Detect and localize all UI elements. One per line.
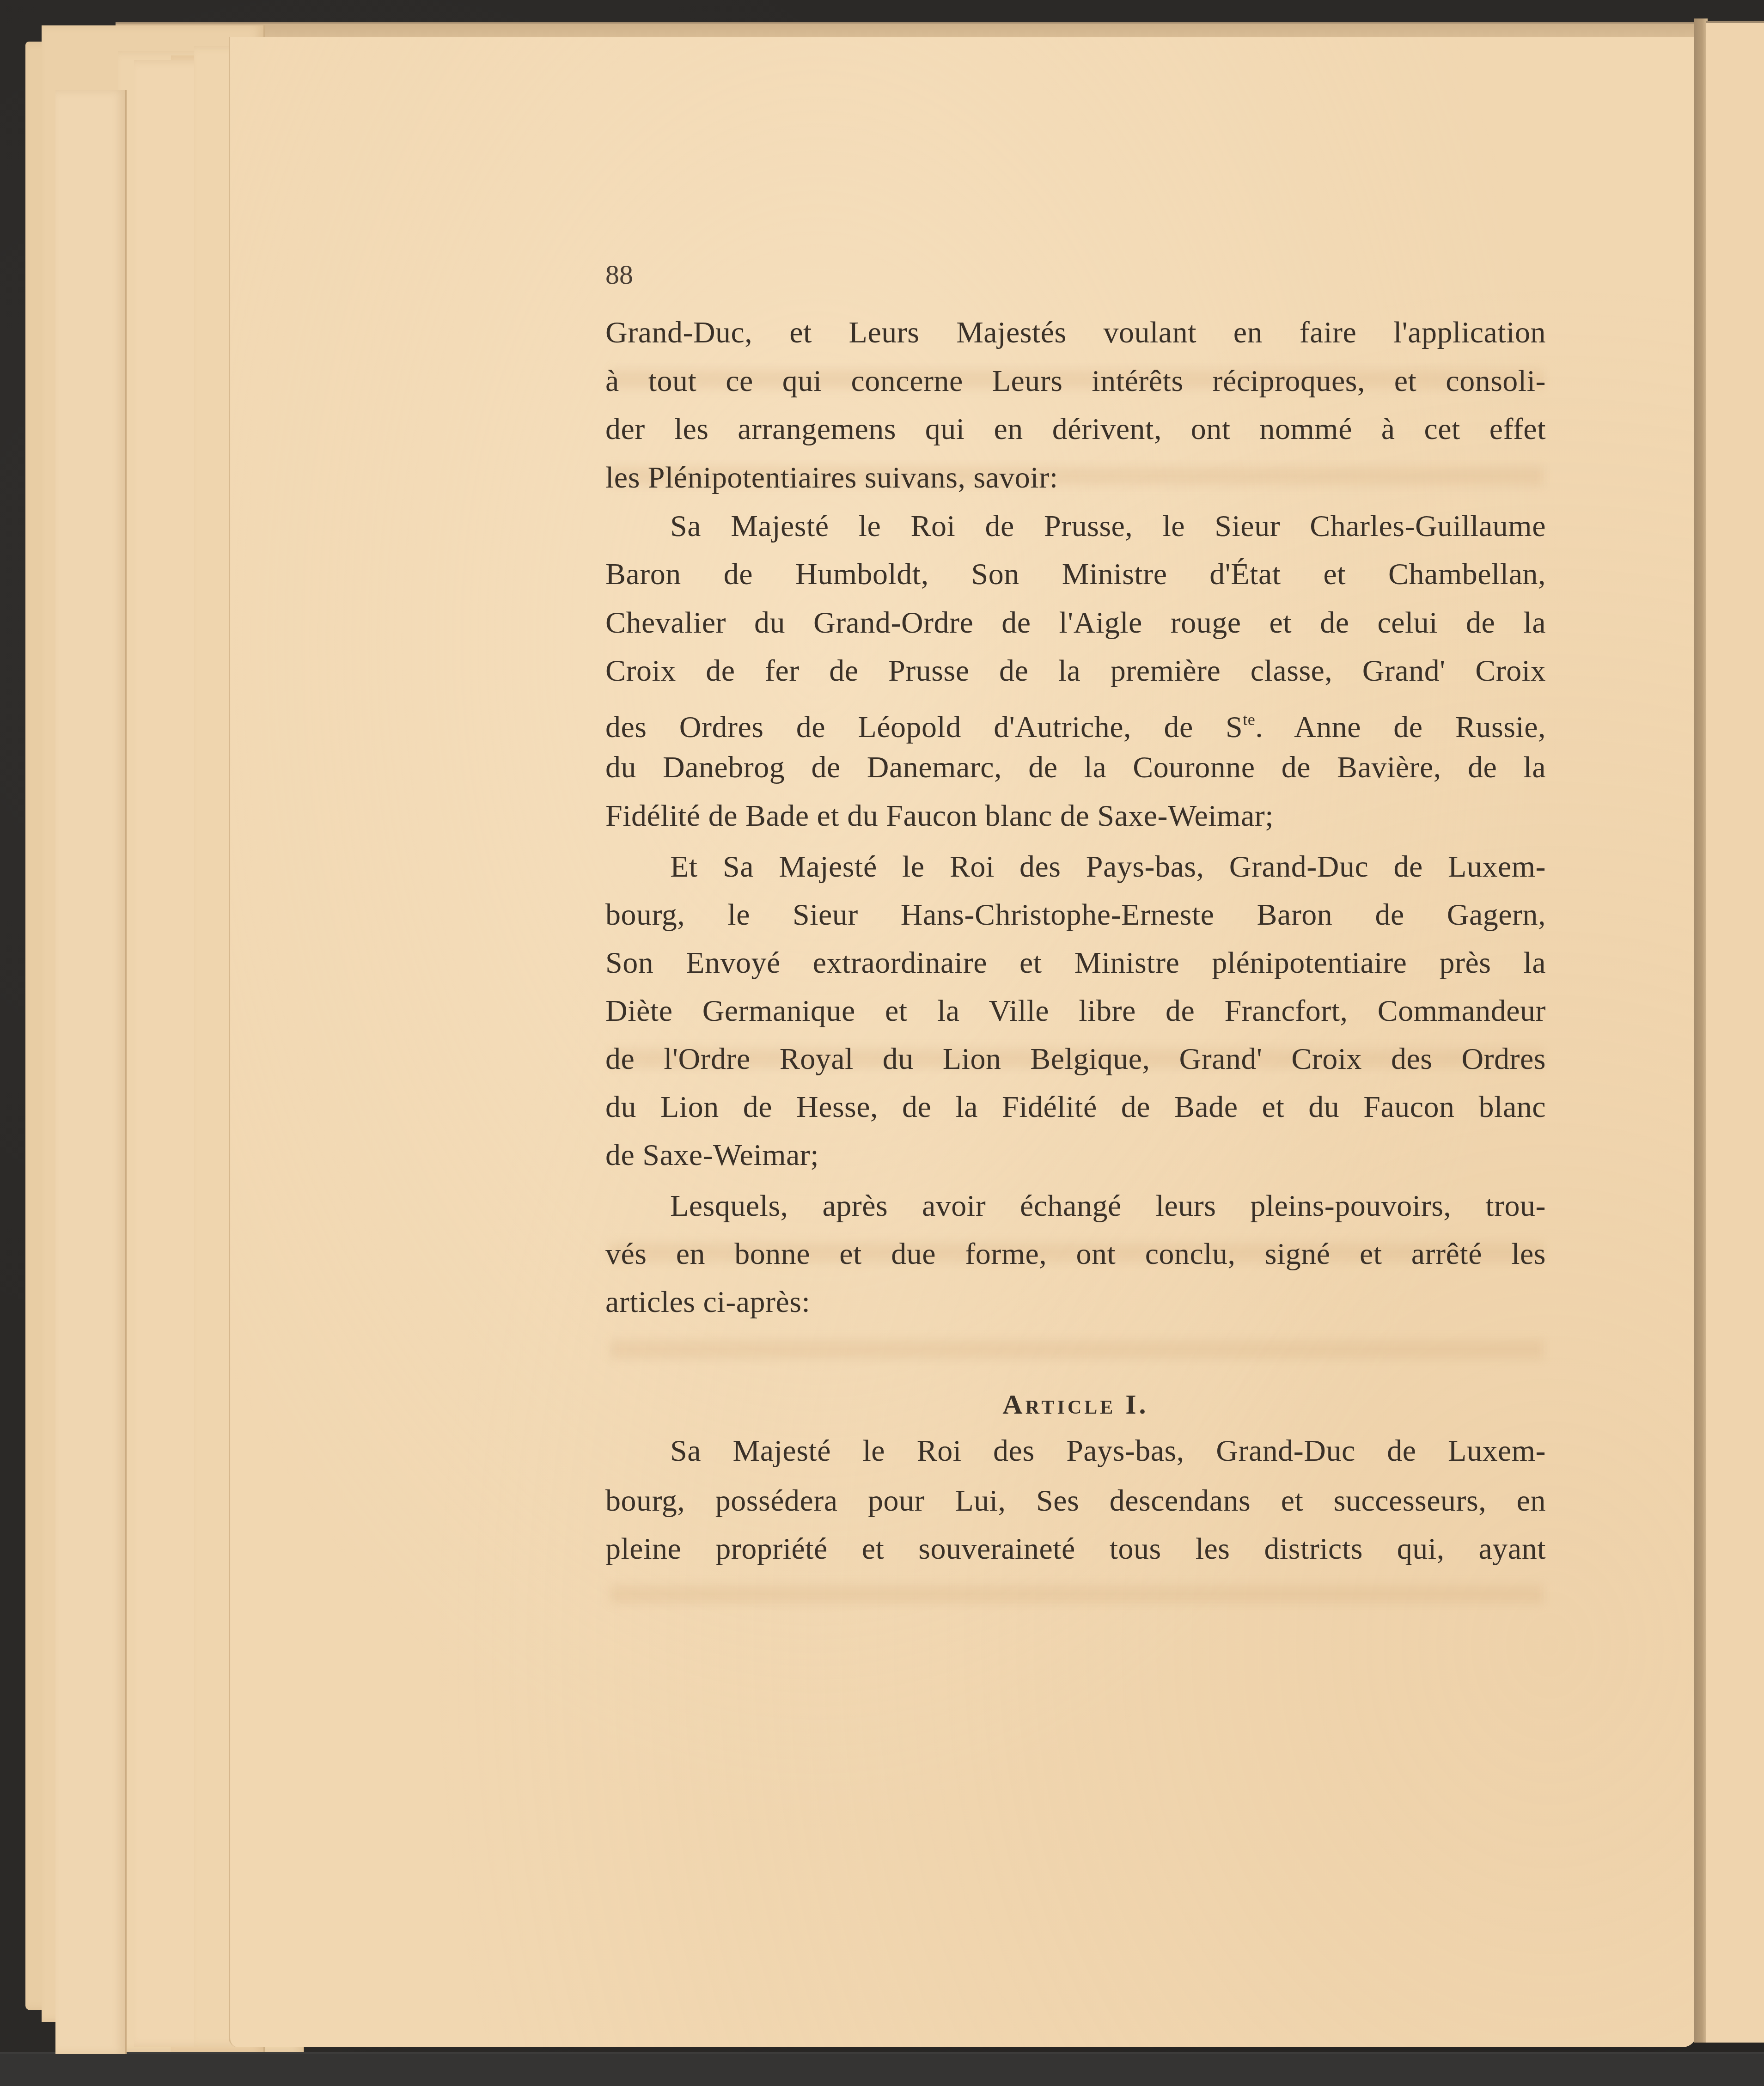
text-segment: des Ordres de Léopold d'Autriche, de S	[605, 710, 1243, 744]
text-line: Baron de Humboldt, Son Ministre d'État e…	[605, 556, 1546, 593]
show-through	[610, 1585, 1544, 1604]
text-line: du Danebrog de Danemarc, de la Couronne …	[605, 749, 1546, 786]
text-line: du Lion de Hesse, de la Fidélité de Bade…	[605, 1089, 1546, 1126]
text-line: pleine propriété et souveraineté tous le…	[605, 1531, 1546, 1568]
page-edge	[55, 90, 127, 2054]
text-line: der les arrangemens qui en dérivent, ont…	[605, 411, 1546, 448]
text-line: vés en bonne et due forme, ont conclu, s…	[605, 1236, 1546, 1273]
text-line: bourg, possédera pour Lui, Ses descendan…	[605, 1482, 1546, 1519]
scan-bed-board	[0, 2052, 1764, 2086]
book-gutter	[1694, 18, 1708, 2043]
text-line: Lesquels, après avoir échangé leurs plei…	[605, 1188, 1546, 1225]
text-line: Sa Majesté le Roi de Prusse, le Sieur Ch…	[605, 508, 1546, 545]
text-line: Chevalier du Grand-Ordre de l'Aigle roug…	[605, 604, 1546, 641]
text-line: bourg, le Sieur Hans-Christophe-Erneste …	[605, 897, 1546, 933]
superscript: te	[1243, 710, 1255, 729]
text-line: Grand-Duc, et Leurs Majestés voulant en …	[605, 314, 1546, 351]
text-line: les Plénipotentiaires suivans, savoir:	[605, 459, 1546, 496]
text-line: à tout ce qui concerne Leurs intérêts ré…	[605, 363, 1546, 400]
text-line: Et Sa Majesté le Roi des Pays-bas, Grand…	[605, 848, 1546, 885]
text-line: Son Envoyé extraordinaire et Ministre pl…	[605, 945, 1546, 982]
text-line: articles ci-après:	[605, 1284, 1546, 1321]
text-line: Fidélité de Bade et du Faucon blanc de S…	[605, 798, 1546, 835]
text-segment: . Anne de Russie,	[1255, 710, 1546, 744]
show-through	[610, 1340, 1544, 1359]
facing-page	[1706, 21, 1764, 2043]
text-line: Sa Majesté le Roi des Pays-bas, Grand-Du…	[605, 1433, 1546, 1470]
text-line: Diète Germanique et la Ville libre de Fr…	[605, 993, 1546, 1030]
article-heading: Article I.	[605, 1389, 1546, 1421]
page-number: 88	[605, 259, 633, 291]
text-line: des Ordres de Léopold d'Autriche, de Ste…	[605, 701, 1546, 746]
text-line: de Saxe-Weimar;	[605, 1137, 1546, 1174]
text-line: Croix de fer de Prusse de la première cl…	[605, 653, 1546, 689]
text-line: de l'Ordre Royal du Lion Belgique, Grand…	[605, 1041, 1546, 1078]
